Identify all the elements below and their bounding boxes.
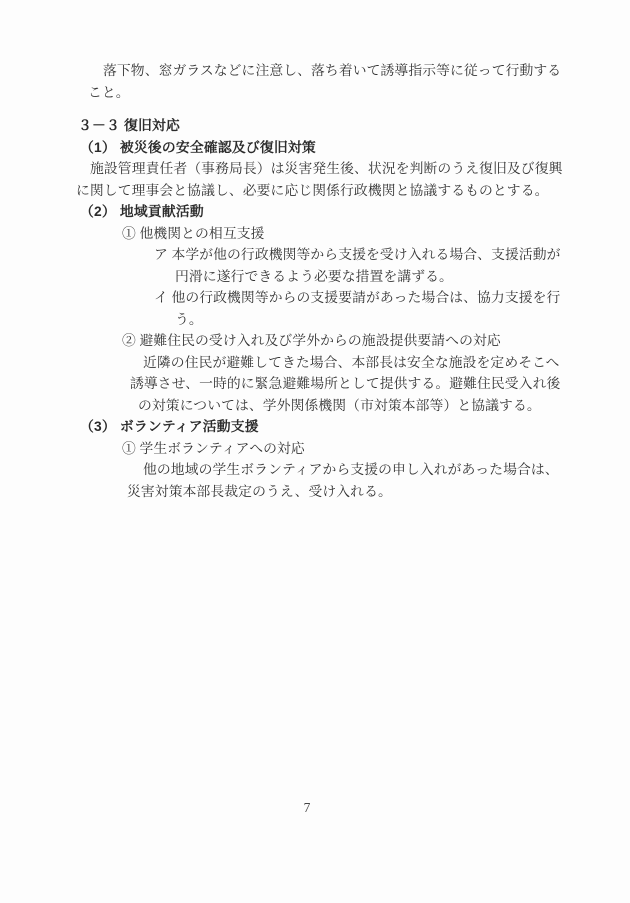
text-line: 施設管理責任者（事務局長）は災害発生後、状況を判断のうえ復旧及び復興 bbox=[90, 158, 630, 180]
text-line: イ 他の行政機関等からの支援要請があった場合は、協力支援を行 bbox=[154, 287, 630, 309]
document-page: 落下物、窓ガラスなどに注意し、落ち着いて誘導指示等に従って行動すること。３－３ … bbox=[0, 0, 630, 903]
text-line: 近隣の住民が避難してきた場合、本部長は安全な施設を定めそこへ bbox=[143, 352, 630, 374]
text-line: の対策については、学外関係機関（市対策本部等）と協議する。 bbox=[138, 395, 630, 417]
text-line: 誘導させ、一時的に緊急避難場所として提供する。避難住民受入れ後 bbox=[130, 373, 630, 395]
text-line: （1） 被災後の安全確認及び復旧対策 bbox=[80, 137, 630, 159]
text-line: 災害対策本部長裁定のうえ、受け入れる。 bbox=[127, 481, 630, 503]
text-line: 他の地域の学生ボランティアから支援の申し入れがあった場合は、 bbox=[143, 459, 630, 481]
text-line: ② 避難住民の受け入れ及び学外からの施設提供要請への対応 bbox=[122, 330, 630, 352]
text-line: ① 学生ボランティアへの対応 bbox=[122, 438, 630, 460]
document-body: 落下物、窓ガラスなどに注意し、落ち着いて誘導指示等に従って行動すること。３－３ … bbox=[0, 0, 630, 502]
text-line: （2） 地域貢献活動 bbox=[80, 201, 630, 223]
text-line: ① 他機関との相互支援 bbox=[122, 223, 630, 245]
text-line: （3） ボランティア活動支援 bbox=[80, 416, 630, 438]
text-line: ア 本学が他の行政機関等から支援を受け入れる場合、支援活動が bbox=[154, 244, 630, 266]
text-line: ３－３ 復旧対応 bbox=[78, 115, 630, 137]
page-number: 7 bbox=[0, 800, 614, 816]
text-line: う。 bbox=[175, 309, 630, 331]
text-line: こと。 bbox=[88, 82, 630, 104]
text-line: 落下物、窓ガラスなどに注意し、落ち着いて誘導指示等に従って行動する bbox=[103, 60, 630, 82]
text-line: 円滑に遂行できるよう必要な措置を講ずる。 bbox=[175, 266, 630, 288]
text-line: に関して理事会と協議し、必要に応じ関係行政機関と協議するものとする。 bbox=[76, 180, 630, 202]
